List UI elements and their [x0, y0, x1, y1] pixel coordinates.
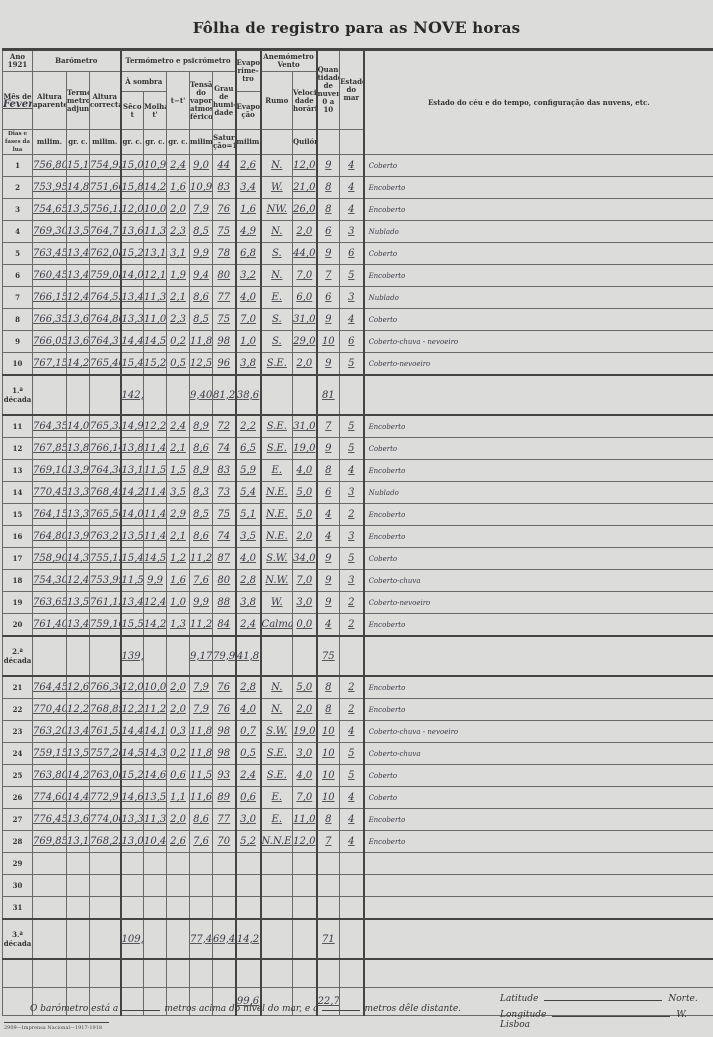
register-body: 1756,8015,1754,9515,010,92,49,0442,6N.12… [3, 155, 713, 1016]
cell-molh: 14,6 [144, 765, 167, 787]
cell-molh: 14,2 [144, 614, 167, 637]
totals-cell-seco [121, 959, 144, 988]
cell-alt_ap: 763,80 [33, 765, 67, 787]
cell-ceu: Encoberto [364, 177, 713, 199]
day-cell: 29 [3, 853, 33, 875]
cell-term: 13,9 [67, 526, 90, 548]
cell-mar [340, 897, 364, 920]
table-row: 9766,0513,6764,3714,414,50,211,8981,0S.2… [3, 331, 713, 353]
cell-term: 14,2 [67, 765, 90, 787]
cell-ceu: Coberto-chuva [364, 570, 713, 592]
cell-alt_cor: 757,20 [90, 743, 121, 765]
cell-alt_ap: 763,65 [33, 592, 67, 614]
decada-row: 2.ª década139,99,1779,941,875 [3, 636, 713, 676]
cell-mar: 4 [340, 460, 364, 482]
day-cell: 10 [3, 353, 33, 376]
cell-evap: 0,6 [236, 787, 261, 809]
table-row: 3754,6513,5756,1512,010,02,07,9761,6NW.2… [3, 199, 713, 221]
totals-cell-nuv [317, 959, 340, 988]
cell-ceu: Coberto [364, 155, 713, 177]
table-row: 10767,1514,2765,4015,415,20,512,5963,8S.… [3, 353, 713, 376]
totals-cell-evap [236, 959, 261, 988]
cell-ceu: Encoberto [364, 504, 713, 526]
cell-tens: 8,6 [190, 809, 213, 831]
header-dias: Dias e fases da lua [3, 130, 33, 155]
cell-nuv: 9 [317, 353, 340, 376]
cell-dif: 0,2 [167, 743, 190, 765]
cell-alt_cor: 753,99 [90, 570, 121, 592]
cell-alt_cor: 768,49 [90, 482, 121, 504]
unit [261, 130, 293, 155]
cell-tens: 8,3 [190, 482, 213, 504]
cell-rumo: N. [261, 676, 293, 699]
day-cell: 25 [3, 765, 33, 787]
decada-cell-grau: 79,9 [213, 636, 236, 676]
cell-ceu: Encoberto [364, 699, 713, 721]
cell-ceu: Coberto [364, 438, 713, 460]
cell-mar: 4 [340, 831, 364, 853]
cell-molh [144, 897, 167, 920]
cell-alt_ap: 776,45 [33, 809, 67, 831]
cell-rumo: S.E. [261, 743, 293, 765]
cell-tens: 7,9 [190, 676, 213, 699]
cell-dif: 2,1 [167, 287, 190, 309]
cell-ceu: Coberto [364, 787, 713, 809]
cell-alt_cor: 766,30 [90, 676, 121, 699]
cell-vel: 5,0 [293, 504, 317, 526]
cell-alt_ap: 761,40 [33, 614, 67, 637]
cell-evap: 2,4 [236, 765, 261, 787]
cell-rumo: E. [261, 809, 293, 831]
decada-cell-molh [144, 375, 167, 415]
cell-ceu [364, 897, 713, 920]
cell-grau: 75 [213, 504, 236, 526]
cell-grau: 78 [213, 243, 236, 265]
unit: gr. c. [67, 130, 90, 155]
cell-evap: 2,8 [236, 570, 261, 592]
cell-rumo: S.E. [261, 438, 293, 460]
cell-alt_ap: 754,30 [33, 570, 67, 592]
cell-nuv: 10 [317, 765, 340, 787]
cell-dif: 1,1 [167, 787, 190, 809]
cell-grau: 75 [213, 221, 236, 243]
cell-vel: 19,0 [293, 721, 317, 743]
cell-ceu: Encoberto [364, 460, 713, 482]
cell-molh: 11,4 [144, 438, 167, 460]
cell-nuv: 10 [317, 331, 340, 353]
day-cell: 17 [3, 548, 33, 570]
cell-nuv: 8 [317, 199, 340, 221]
cell-seco: 13,5 [121, 526, 144, 548]
table-row: 14770,4513,3768,4914,211,43,58,3735,4N.E… [3, 482, 713, 504]
cell-seco: 13,1 [121, 460, 144, 482]
table-row: 27776,4513,6774,0613,311,32,08,6773,0E.1… [3, 809, 713, 831]
header-tensao: Tensão do vapor atmos-férico [190, 72, 213, 130]
cell-mar: 5 [340, 438, 364, 460]
unit [340, 130, 364, 155]
cell-grau: 73 [213, 482, 236, 504]
cell-alt_cor: 764,80 [90, 309, 121, 331]
cell-seco: 14,6 [121, 787, 144, 809]
cell-evap: 5,2 [236, 831, 261, 853]
cell-rumo: N. [261, 699, 293, 721]
table-row: 11764,3514,0765,3314,912,22,48,9722,2S.E… [3, 415, 713, 438]
unit: milim. [33, 130, 67, 155]
cell-alt_cor: 763,06 [90, 765, 121, 787]
table-row: 15764,1513,3765,5014,011,42,98,5755,1N.E… [3, 504, 713, 526]
unit: gr. c. [121, 130, 144, 155]
totals-cell-vel [293, 959, 317, 988]
cell-alt_cor: 756,15 [90, 199, 121, 221]
cell-alt_cor: 768,22 [90, 831, 121, 853]
cell-alt_cor: 764,77 [90, 221, 121, 243]
cell-mar: 5 [340, 743, 364, 765]
table-row: 5763,4513,4762,0815,213,13,19,9786,8S.44… [3, 243, 713, 265]
header-anemometro: AnemómetroVento [261, 50, 317, 72]
cell-grau: 74 [213, 526, 236, 548]
cell-rumo: N. [261, 155, 293, 177]
latitude-line: LatitudeNorte. [500, 994, 698, 1004]
cell-mar: 2 [340, 614, 364, 637]
cell-alt_ap [33, 875, 67, 897]
cell-mar [340, 853, 364, 875]
cell-dif: 2,0 [167, 199, 190, 221]
table-row: 19763,6513,5761,1313,412,41,09,9883,8W.3… [3, 592, 713, 614]
cell-rumo: W. [261, 177, 293, 199]
unit: gr. c. [144, 130, 167, 155]
cell-mar: 3 [340, 482, 364, 504]
cell-molh: 13,5 [144, 787, 167, 809]
day-cell: 2 [3, 177, 33, 199]
cell-nuv: 9 [317, 309, 340, 331]
cell-grau [213, 853, 236, 875]
cell-alt_cor: 772,97 [90, 787, 121, 809]
cell-molh: 11,3 [144, 287, 167, 309]
decada-cell-alt_cor [90, 919, 121, 959]
cell-rumo: E. [261, 460, 293, 482]
cell-grau: 96 [213, 353, 236, 376]
cell-tens: 11,2 [190, 548, 213, 570]
cell-vel: 19,0 [293, 438, 317, 460]
cell-alt_cor: 762,08 [90, 243, 121, 265]
cell-evap [236, 853, 261, 875]
header-quantidade: Quan-tidade de nuvens 0 a 10 [317, 50, 340, 130]
cell-term: 13,1 [67, 831, 90, 853]
cell-nuv: 7 [317, 265, 340, 287]
day-cell: 7 [3, 287, 33, 309]
cell-seco: 15,4 [121, 548, 144, 570]
cell-mar: 2 [340, 592, 364, 614]
cell-nuv: 6 [317, 482, 340, 504]
cell-alt_ap: 756,80 [33, 155, 67, 177]
decada-row: 3.ª década109,277,469,414,271 [3, 919, 713, 959]
cell-alt_ap: 766,35 [33, 309, 67, 331]
cell-dif [167, 853, 190, 875]
header-seco: Sêco t [121, 92, 144, 130]
day-cell: 3 [3, 199, 33, 221]
decada-ceu [364, 919, 713, 959]
decada-cell-seco: 109,2 [121, 919, 144, 959]
cell-ceu [364, 875, 713, 897]
cell-dif: 3,5 [167, 482, 190, 504]
cell-term: 14,4 [67, 787, 90, 809]
cell-seco: 13,6 [121, 221, 144, 243]
cell-mar: 3 [340, 526, 364, 548]
day-cell: 26 [3, 787, 33, 809]
cell-nuv: 10 [317, 721, 340, 743]
cell-grau: 75 [213, 309, 236, 331]
day-cell: 8 [3, 309, 33, 331]
decada-cell-grau: 69,4 [213, 919, 236, 959]
cell-dif: 0,6 [167, 765, 190, 787]
cell-molh: 10,9 [144, 155, 167, 177]
cell-term: 13,8 [67, 438, 90, 460]
cell-ceu: Encoberto [364, 265, 713, 287]
table-row: 7766,1512,4764,5513,411,32,18,6774,0E.6,… [3, 287, 713, 309]
cell-vel: 11,0 [293, 809, 317, 831]
cell-ceu: Encoberto [364, 676, 713, 699]
cell-dif: 2,3 [167, 221, 190, 243]
cell-seco: 14,9 [121, 415, 144, 438]
table-row: 28769,8513,1768,2213,010,42,67,6705,2N.N… [3, 831, 713, 853]
cell-term: 14,0 [67, 415, 90, 438]
day-cell: 18 [3, 570, 33, 592]
cell-molh: 11,4 [144, 482, 167, 504]
cell-evap: 5,1 [236, 504, 261, 526]
cell-ceu: Encoberto [364, 199, 713, 221]
cell-mar: 4 [340, 309, 364, 331]
cell-alt_cor: 755,15 [90, 548, 121, 570]
totals-label [3, 988, 33, 1016]
day-cell: 21 [3, 676, 33, 699]
cell-rumo: S. [261, 331, 293, 353]
cell-grau [213, 875, 236, 897]
header-velocidade: Veloci-dade horária [293, 72, 317, 130]
cell-evap: 4,0 [236, 287, 261, 309]
cell-ceu [364, 853, 713, 875]
decada-cell-vel [293, 919, 317, 959]
cell-vel: 7,0 [293, 787, 317, 809]
decada-ceu [364, 375, 713, 415]
cell-dif: 2,4 [167, 155, 190, 177]
cell-alt_ap: 758,90 [33, 548, 67, 570]
cell-ceu: Coberto-chuva [364, 743, 713, 765]
cell-tens: 8,6 [190, 526, 213, 548]
cell-tens: 8,6 [190, 287, 213, 309]
cell-seco: 15,8 [121, 177, 144, 199]
cell-evap: 6,8 [236, 243, 261, 265]
cell-molh: 12,1 [144, 265, 167, 287]
decada-cell-nuv: 75 [317, 636, 340, 676]
cell-tens: 9,9 [190, 592, 213, 614]
cell-grau: 98 [213, 721, 236, 743]
decada-cell-alt_cor [90, 636, 121, 676]
totals-cell-alt_cor [90, 959, 121, 988]
cell-alt_ap: 764,80 [33, 526, 67, 548]
cell-nuv: 9 [317, 155, 340, 177]
day-cell: 14 [3, 482, 33, 504]
cell-alt_cor: 766,14 [90, 438, 121, 460]
cell-term: 13,3 [67, 482, 90, 504]
cell-ceu: Coberto [364, 548, 713, 570]
header-termometro-adjunto: Termó-metro adjunto [67, 72, 90, 130]
cell-evap: 3,4 [236, 177, 261, 199]
cell-seco: 13,3 [121, 309, 144, 331]
cell-molh [144, 875, 167, 897]
cell-seco [121, 897, 144, 920]
cell-evap: 2,8 [236, 676, 261, 699]
cell-vel: 12,0 [293, 831, 317, 853]
cell-nuv: 8 [317, 809, 340, 831]
cell-term: 13,4 [67, 614, 90, 637]
day-cell: 24 [3, 743, 33, 765]
day-cell: 15 [3, 504, 33, 526]
header-t-diff: t−t' [167, 72, 190, 130]
day-cell: 9 [3, 331, 33, 353]
cell-evap: 3,2 [236, 265, 261, 287]
totals-label [3, 959, 33, 988]
cell-seco: 11,5 [121, 570, 144, 592]
cell-tens: 9,4 [190, 265, 213, 287]
cell-evap: 4,0 [236, 548, 261, 570]
cell-ceu: Nublado [364, 287, 713, 309]
header-altura-aparente: Altura aparente [33, 72, 67, 130]
decada-cell-dif [167, 919, 190, 959]
cell-mar: 6 [340, 331, 364, 353]
cell-seco: 12,0 [121, 676, 144, 699]
table-row: 25763,8014,2763,0615,214,60,611,5932,4S.… [3, 765, 713, 787]
cell-term: 15,1 [67, 155, 90, 177]
cell-tens: 7,6 [190, 831, 213, 853]
cell-grau: 98 [213, 743, 236, 765]
cell-ceu: Coberto-chuva - nevoeiro [364, 721, 713, 743]
cell-nuv: 10 [317, 743, 340, 765]
cell-tens: 9,9 [190, 243, 213, 265]
imprint: 2909—Imprensa Nacional—1917-1918 [4, 1022, 109, 1031]
table-row: 21764,4512,6766,3012,010,02,07,9762,8N.5… [3, 676, 713, 699]
cell-vel [293, 897, 317, 920]
cell-alt_ap: 763,45 [33, 243, 67, 265]
cell-mar: 3 [340, 287, 364, 309]
cell-tens: 10,9 [190, 177, 213, 199]
day-cell: 27 [3, 809, 33, 831]
cell-rumo: S.E. [261, 765, 293, 787]
cell-alt_cor [90, 853, 121, 875]
cell-dif: 1,2 [167, 548, 190, 570]
cell-mar: 3 [340, 221, 364, 243]
cell-nuv: 7 [317, 831, 340, 853]
cell-alt_ap [33, 853, 67, 875]
decada-cell-alt_ap [33, 919, 67, 959]
cell-molh: 11,4 [144, 504, 167, 526]
cell-term [67, 897, 90, 920]
cell-mar: 6 [340, 243, 364, 265]
cell-tens: 8,6 [190, 438, 213, 460]
cell-evap: 1,6 [236, 199, 261, 221]
decada-cell-rumo [261, 636, 293, 676]
cell-tens: 8,5 [190, 309, 213, 331]
cell-alt_cor: 761,55 [90, 721, 121, 743]
table-row: 1756,8015,1754,9515,010,92,49,0442,6N.12… [3, 155, 713, 177]
unit: milim. [90, 130, 121, 155]
decada-cell-seco: 142,7 [121, 375, 144, 415]
cell-ceu: Encoberto [364, 614, 713, 637]
cell-dif: 2,0 [167, 699, 190, 721]
table-row: 4769,3013,5764,7713,611,32,38,5754,9N.2,… [3, 221, 713, 243]
cell-molh: 11,4 [144, 526, 167, 548]
cell-rumo: N. [261, 221, 293, 243]
day-cell: 1 [3, 155, 33, 177]
cell-evap: 3,8 [236, 353, 261, 376]
cell-grau: 89 [213, 787, 236, 809]
cell-molh: 14,2 [144, 177, 167, 199]
totals-cell-tens [190, 959, 213, 988]
cell-evap: 4,0 [236, 699, 261, 721]
cell-molh: 14,1 [144, 721, 167, 743]
cell-rumo: S.E. [261, 415, 293, 438]
cell-alt_cor: 759,08 [90, 265, 121, 287]
cell-term: 14,2 [67, 353, 90, 376]
unit: milim. [236, 130, 261, 155]
cell-alt_cor: 768,89 [90, 699, 121, 721]
page-title: Fôlha de registro para as NOVE horas [0, 18, 713, 37]
cell-rumo: N.W. [261, 570, 293, 592]
cell-nuv: 6 [317, 221, 340, 243]
cell-seco: 15,2 [121, 243, 144, 265]
cell-ceu: Coberto [364, 243, 713, 265]
cell-rumo: S. [261, 309, 293, 331]
totals-cell-alt_ap [33, 959, 67, 988]
totals-cell-dif [167, 959, 190, 988]
totals-cell-mar [340, 959, 364, 988]
cell-vel: 2,0 [293, 221, 317, 243]
cell-evap: 3,0 [236, 809, 261, 831]
header-evaporacao: Evapora-ção [236, 92, 261, 130]
cell-evap: 5,9 [236, 460, 261, 482]
cell-tens: 7,9 [190, 699, 213, 721]
decada-label: 1.ª década [3, 375, 33, 415]
header-estado-ceu: Estado do céu e do tempo, configuração d… [364, 50, 713, 155]
day-cell: 5 [3, 243, 33, 265]
cell-evap: 2,4 [236, 614, 261, 637]
cell-ceu: Coberto [364, 765, 713, 787]
decada-cell-rumo [261, 375, 293, 415]
cell-alt_cor [90, 875, 121, 897]
cell-grau: 70 [213, 831, 236, 853]
cell-seco: 12,2 [121, 699, 144, 721]
cell-ceu: Encoberto [364, 809, 713, 831]
cell-alt_ap: 754,65 [33, 199, 67, 221]
cell-ceu: Coberto-nevoeiro [364, 592, 713, 614]
cell-rumo [261, 853, 293, 875]
decada-cell-evap: 38,6 [236, 375, 261, 415]
cell-molh: 10,0 [144, 676, 167, 699]
cell-rumo: N.E. [261, 504, 293, 526]
cell-rumo: Calma [261, 614, 293, 637]
day-cell: 31 [3, 897, 33, 920]
cell-dif: 1,9 [167, 265, 190, 287]
cell-evap: 2,2 [236, 415, 261, 438]
cell-term: 14,3 [67, 548, 90, 570]
cell-evap: 4,9 [236, 221, 261, 243]
cell-seco: 15,4 [121, 353, 144, 376]
cell-evap: 1,0 [236, 331, 261, 353]
decada-row: 1.ª década142,79,4081,238,681 [3, 375, 713, 415]
cell-grau: 83 [213, 177, 236, 199]
cell-dif: 1,5 [167, 460, 190, 482]
cell-dif: 2,4 [167, 415, 190, 438]
cell-molh [144, 853, 167, 875]
